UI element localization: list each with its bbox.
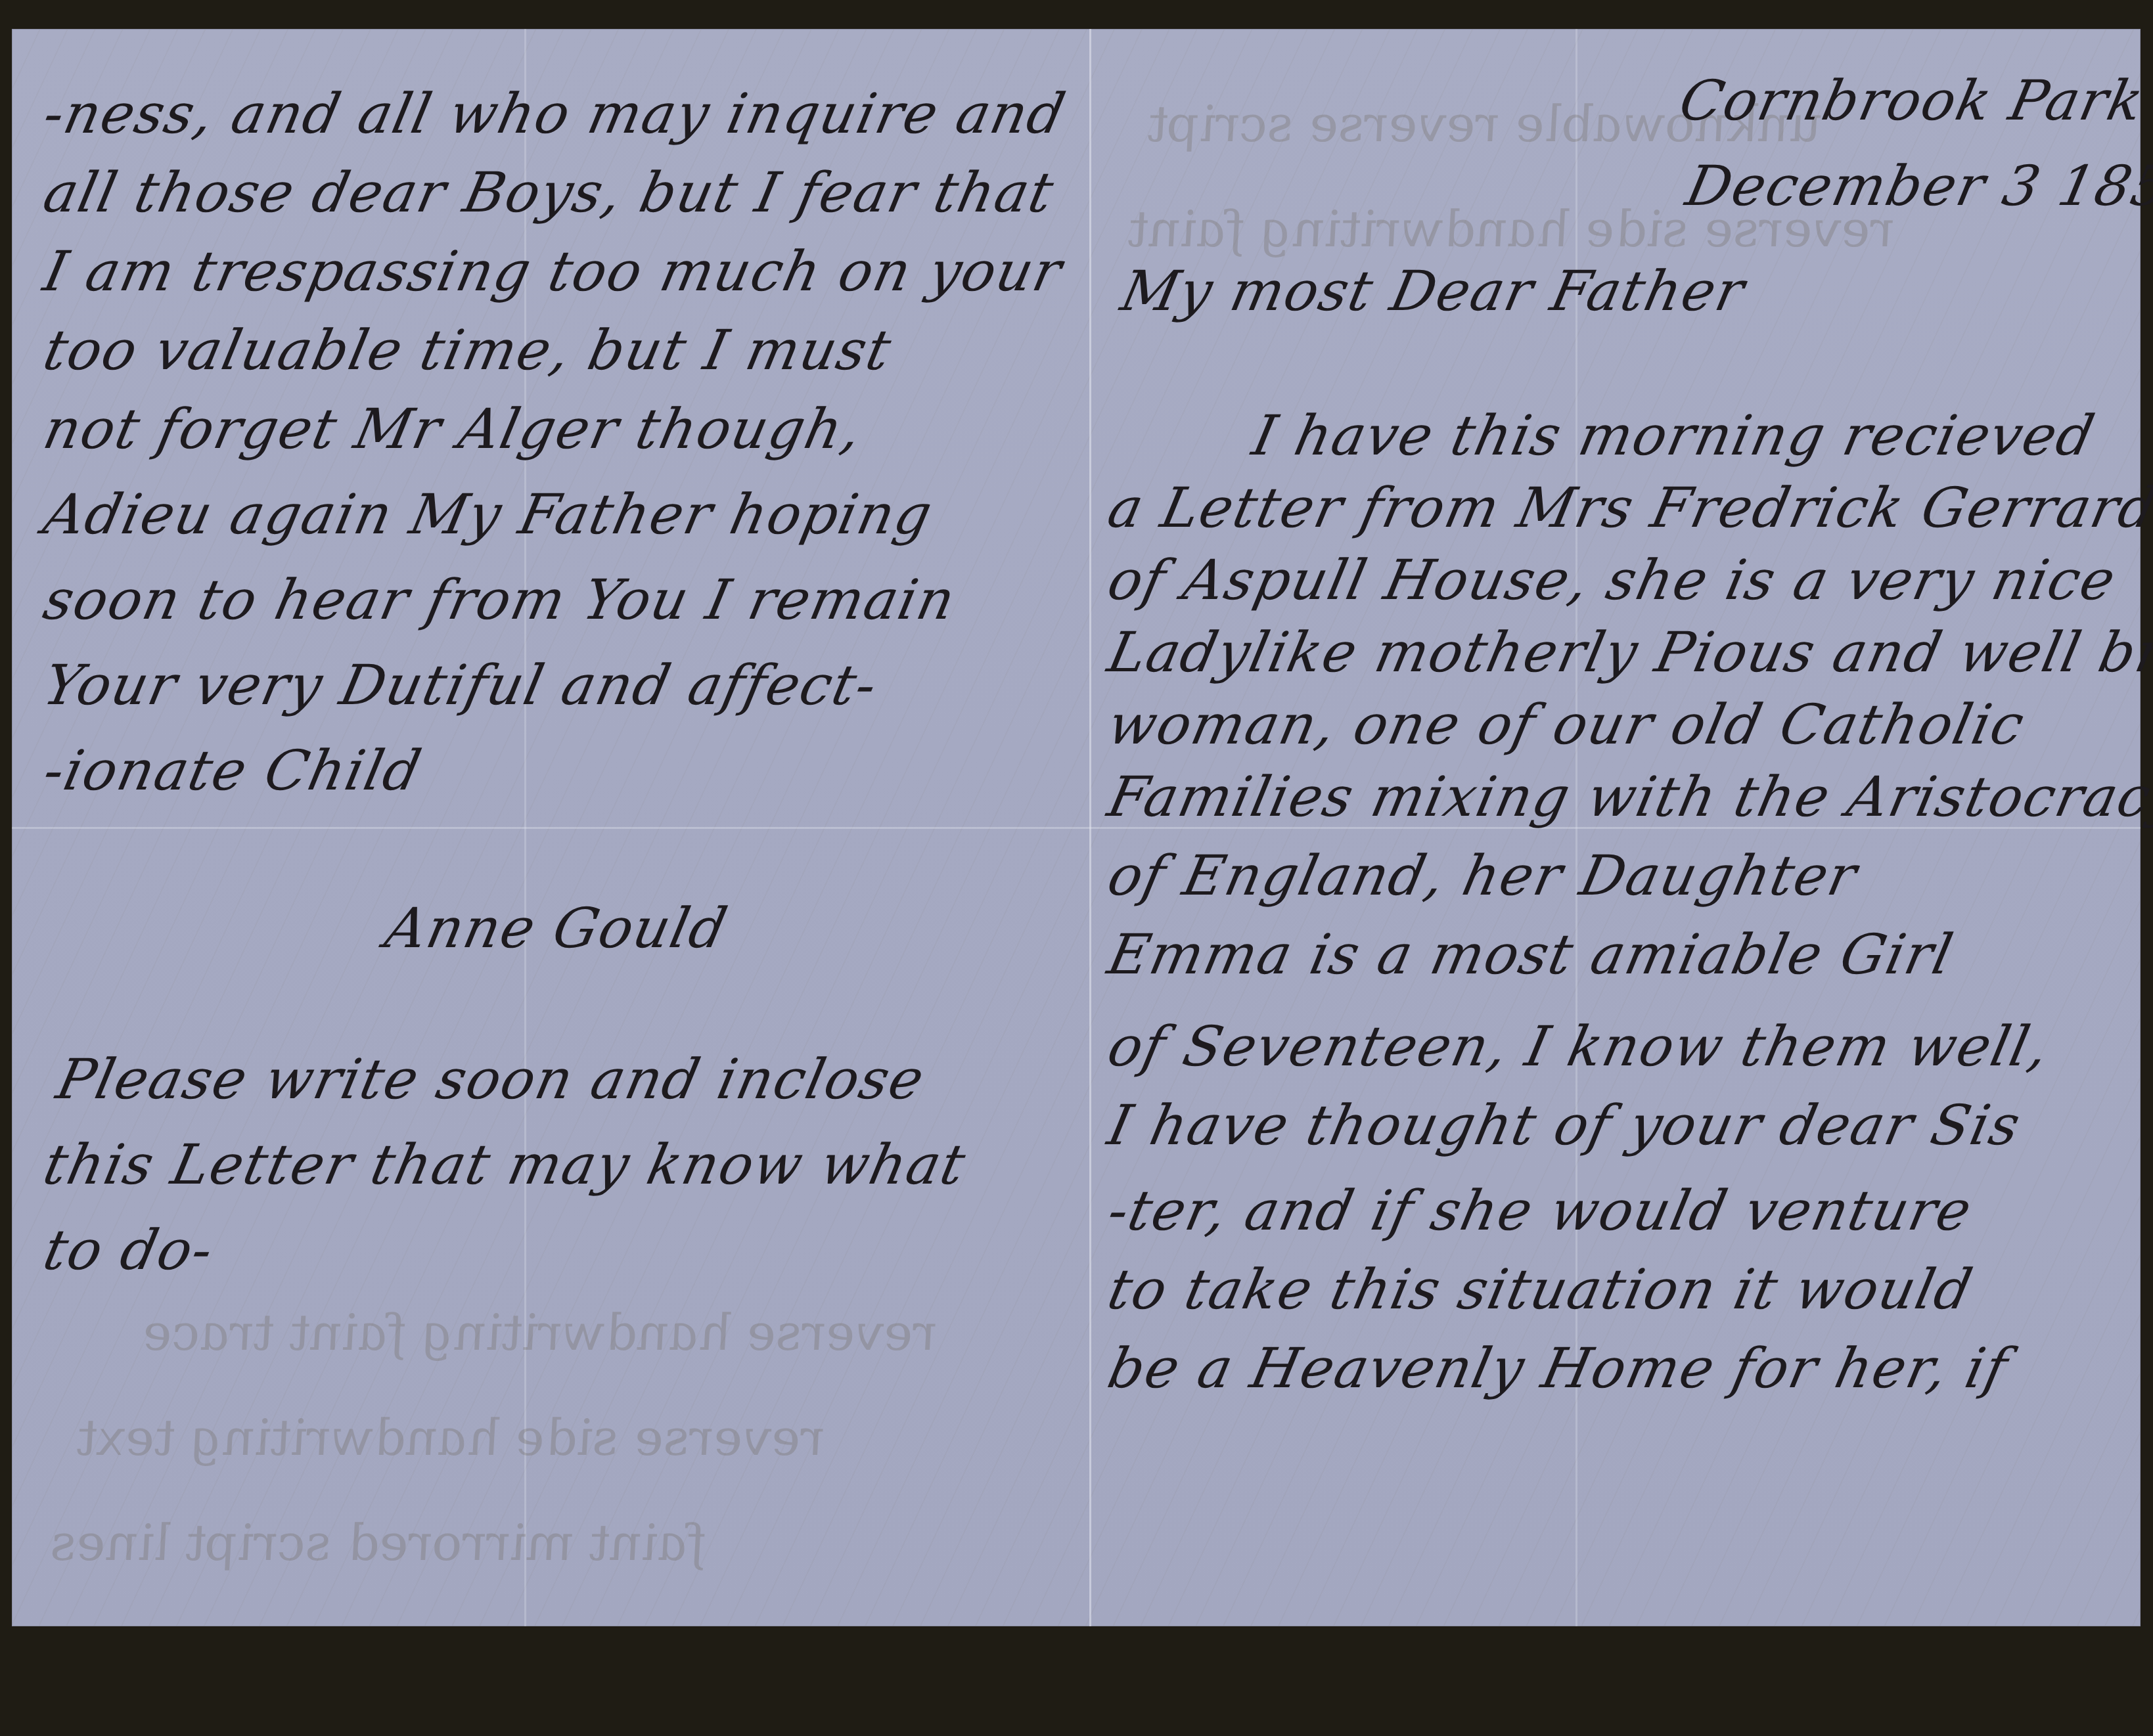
letter-line: of Aspull House, she is a very nice	[1102, 548, 2122, 612]
letter-line: -ness, and all who may inquire and	[38, 81, 1072, 146]
letter-line: Your very Dutiful and affect-	[38, 653, 884, 717]
letter-line: of England, her Daughter	[1102, 843, 1863, 908]
date: December 3 1857	[1681, 154, 2153, 218]
letter-line: Ladylike motherly Pious and well bred	[1102, 620, 2153, 684]
right-page: Cornbrook Park December 3 1857 My most D…	[1089, 29, 2141, 1626]
letter-line: -ionate Child	[38, 738, 428, 803]
salutation: My most Dear Father	[1116, 259, 1751, 323]
address: Cornbrook Park	[1674, 68, 2150, 133]
letter-line: soon to hear from You I remain	[38, 568, 962, 632]
left-page: -ness, and all who may inquire and all t…	[12, 29, 1089, 1626]
signature: Anne Gould	[380, 896, 734, 960]
letter-line: Families mixing with the Aristocracy	[1102, 765, 2153, 829]
postscript-line: Please write soon and inclose	[51, 1047, 931, 1111]
letter-line: Adieu again My Father hoping	[38, 482, 939, 546]
letter-line: of Seventeen, I know them well,	[1102, 1014, 2055, 1079]
letter-line: I am trespassing too much on your	[38, 239, 1068, 303]
letter-line: -ter, and if she would venture	[1102, 1178, 1978, 1243]
letter-line: I have thought of your dear Sis	[1102, 1093, 2027, 1157]
letter-line: woman, one of our old Catholic	[1102, 692, 2031, 757]
letter-line: not forget Mr Alger though,	[38, 397, 869, 461]
letter-line: be a Heavenly Home for her, if	[1102, 1336, 2014, 1400]
postscript-line: to do-	[38, 1218, 220, 1282]
letter-line: too valuable time, but I must	[38, 318, 897, 382]
letter-line: I have this morning recieved	[1247, 403, 2101, 468]
letter-line: to take this situation it would	[1102, 1257, 1979, 1322]
letter-line: a Letter from Mrs Fredrick Gerrard	[1102, 476, 2153, 540]
postscript-line: this Letter that may know what	[38, 1132, 972, 1197]
letter-sheet: unknowable reverse script reverse side h…	[12, 29, 2141, 1626]
letter-line: Emma is a most amiable Girl	[1102, 922, 1959, 987]
letter-line: all those dear Boys, but I fear that	[38, 160, 1060, 225]
